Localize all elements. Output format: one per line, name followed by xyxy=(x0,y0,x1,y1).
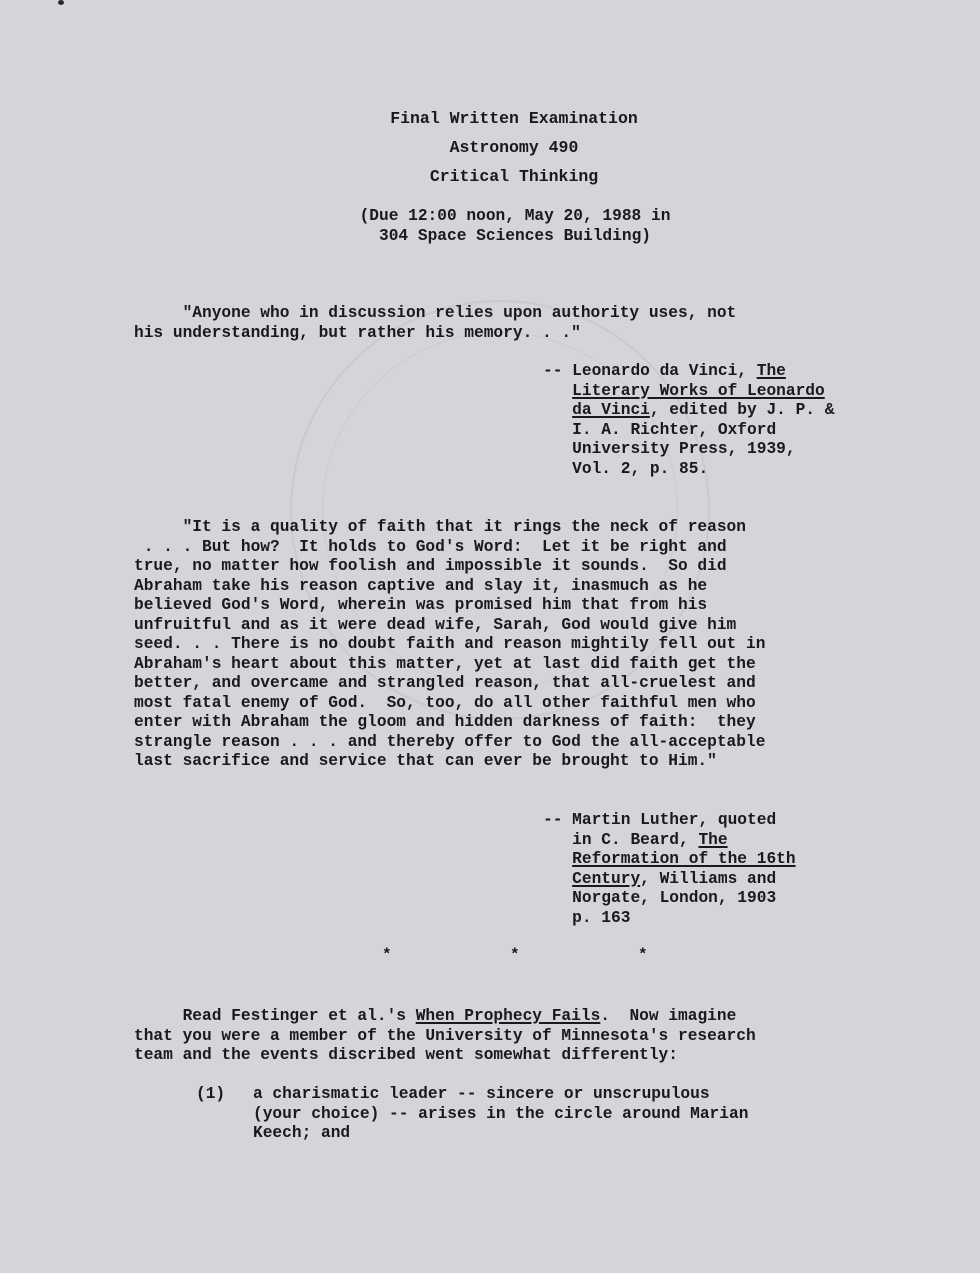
book-title-underlined: When Prophecy Fails xyxy=(416,1007,601,1025)
exam-title: Final Written Examination xyxy=(0,109,980,128)
da-vinci-attribution: -- Leonardo da Vinci, The Literary Works… xyxy=(543,362,834,479)
book-title-underlined: Literary Works of Leonardo xyxy=(572,382,825,400)
asterisk-icon: * xyxy=(510,946,520,964)
luther-quote: "It is a quality of faith that it rings … xyxy=(134,518,765,772)
attribution-line: University Press, 1939, xyxy=(543,440,834,460)
scan-speck xyxy=(58,0,64,5)
attribution-line: -- Leonardo da Vinci, The xyxy=(543,362,834,382)
quote-line: strangle reason . . . and thereby offer … xyxy=(134,733,765,753)
exam-page: Final Written Examination Astronomy 490 … xyxy=(0,0,980,1273)
quote-line: last sacrifice and service that can ever… xyxy=(134,752,765,772)
attribution-line: Century, Williams and xyxy=(543,870,796,890)
book-title-underlined: Century xyxy=(572,870,640,888)
quote-line: enter with Abraham the gloom and hidden … xyxy=(134,713,765,733)
asterisk-icon: * xyxy=(382,946,392,964)
quote-line: Abraham take his reason captive and slay… xyxy=(134,577,765,597)
quote-line: true, no matter how foolish and impossib… xyxy=(134,557,765,577)
attribution-line: Literary Works of Leonardo xyxy=(543,382,834,402)
attribution-author: Leonardo da Vinci, xyxy=(572,362,757,380)
item-number: (1) xyxy=(196,1085,225,1105)
quote-line: unfruitful and as it were dead wife, Sar… xyxy=(134,616,765,636)
quote-line: seed. . . There is no doubt faith and re… xyxy=(134,635,765,655)
item-text: a charismatic leader -- sincere or unscr… xyxy=(253,1085,748,1144)
paragraph-line: team and the events discribed went somew… xyxy=(134,1046,756,1066)
list-item: (1) a charismatic leader -- sincere or u… xyxy=(196,1085,235,1163)
quote-line: "Anyone who in discussion relies upon au… xyxy=(134,304,736,324)
attribution-dash: -- xyxy=(543,362,572,380)
book-title-underlined: Reformation of the 16th xyxy=(572,850,795,868)
quote-line: "It is a quality of faith that it rings … xyxy=(134,518,765,538)
asterisk-icon: * xyxy=(638,946,648,964)
book-title-underlined: The xyxy=(698,831,727,849)
exam-subtitle: Critical Thinking xyxy=(0,167,980,186)
attribution-line: Vol. 2, p. 85. xyxy=(543,460,834,480)
book-title-underlined: da Vinci xyxy=(572,401,650,419)
attribution-line: -- Martin Luther, quoted xyxy=(543,811,796,831)
attribution-dash: -- xyxy=(543,811,572,829)
quote-line: most fatal enemy of God. So, too, do all… xyxy=(134,694,765,714)
quote-line: believed God's Word, wherein was promise… xyxy=(134,596,765,616)
book-title-underlined: The xyxy=(757,362,786,380)
attribution-line: in C. Beard, The xyxy=(543,831,796,851)
quote-line: Abraham's heart about this matter, yet a… xyxy=(134,655,765,675)
quote-line: better, and overcame and strangled reaso… xyxy=(134,674,765,694)
attribution-line: p. 163 xyxy=(543,909,796,929)
attribution-text: , edited by J. P. & xyxy=(650,401,835,419)
da-vinci-quote: "Anyone who in discussion relies upon au… xyxy=(134,304,736,343)
attribution-line: da Vinci, edited by J. P. & xyxy=(543,401,834,421)
quote-line: his understanding, but rather his memory… xyxy=(134,324,736,344)
attribution-line: Reformation of the 16th xyxy=(543,850,796,870)
paragraph-line: that you were a member of the University… xyxy=(134,1027,756,1047)
assignment-paragraph: Read Festinger et al.'s When Prophecy Fa… xyxy=(134,1007,756,1066)
attribution-line: I. A. Richter, Oxford xyxy=(543,421,834,441)
due-line-1: (Due 12:00 noon, May 20, 1988 in xyxy=(0,206,980,226)
luther-attribution: -- Martin Luther, quoted in C. Beard, Th… xyxy=(543,811,796,928)
course-name: Astronomy 490 xyxy=(0,138,980,157)
due-line-2: 304 Space Sciences Building) xyxy=(0,226,980,246)
due-info: (Due 12:00 noon, May 20, 1988 in304 Spac… xyxy=(0,206,980,246)
section-separator: * * * xyxy=(0,946,980,966)
paragraph-line: Read Festinger et al.'s When Prophecy Fa… xyxy=(134,1007,756,1027)
quote-line: . . . But how? It holds to God's Word: L… xyxy=(134,538,765,558)
attribution-line: Norgate, London, 1903 xyxy=(543,889,796,909)
